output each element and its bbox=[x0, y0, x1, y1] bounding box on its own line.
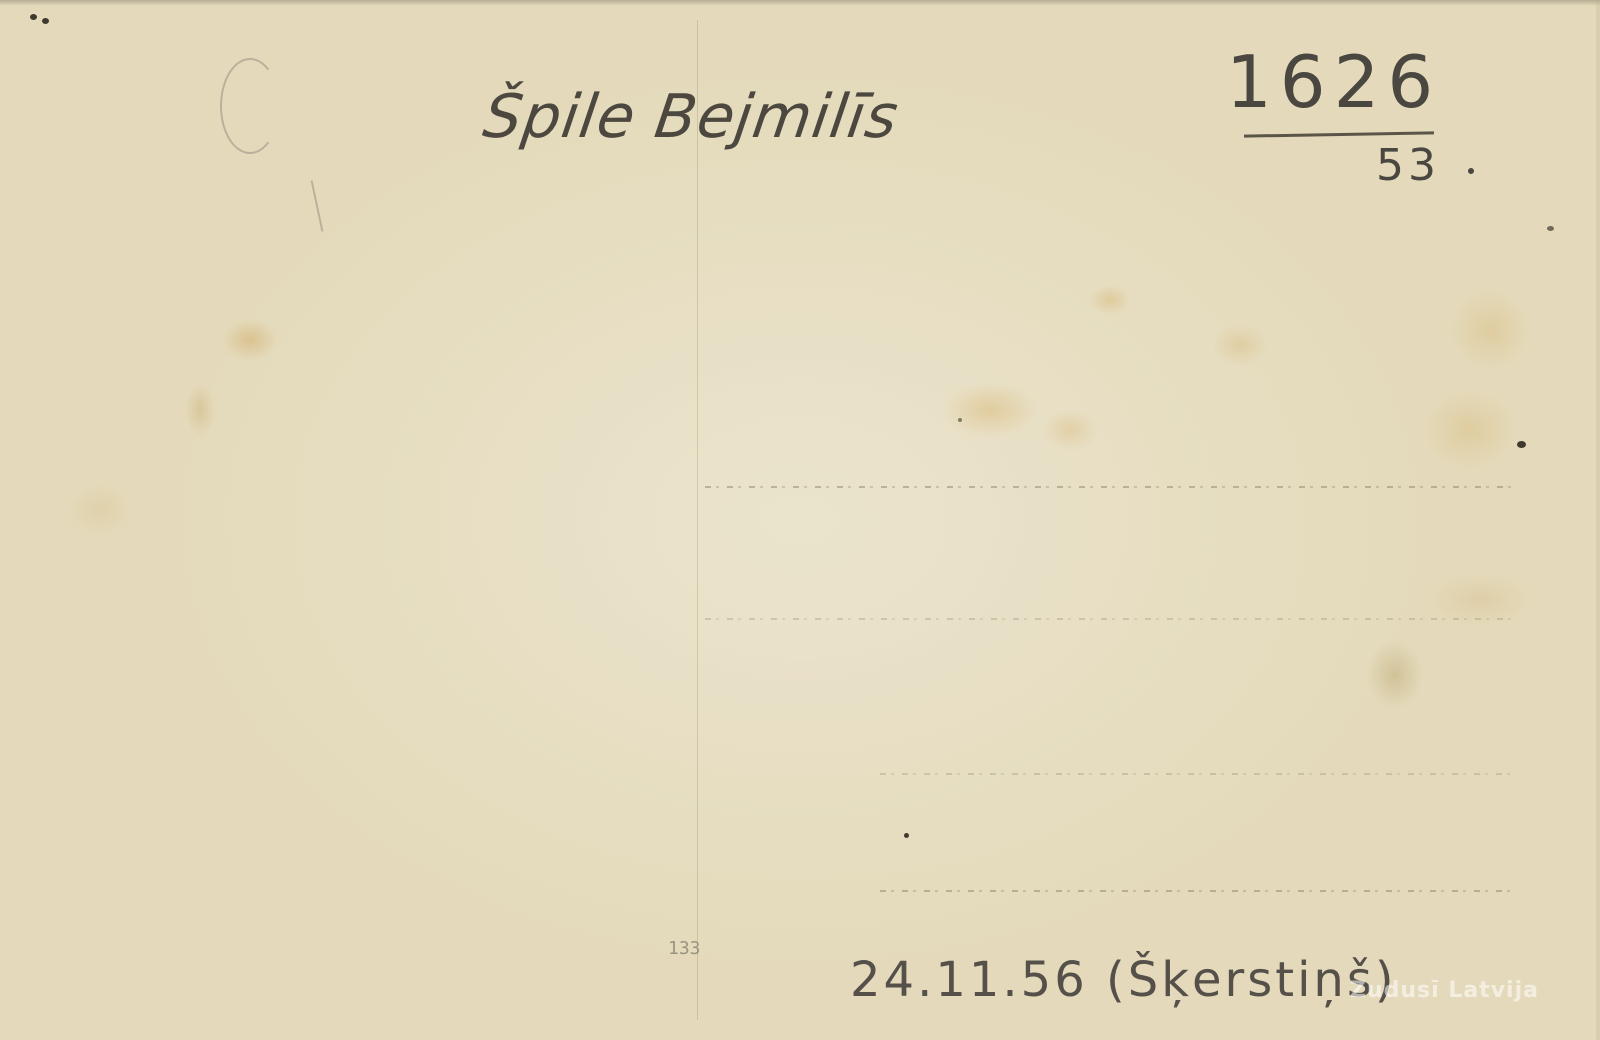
ink-dot bbox=[1468, 168, 1474, 174]
top-edge-shadow bbox=[0, 0, 1600, 6]
watermark: Zudusī Latvija bbox=[1350, 978, 1539, 1003]
stain-spot bbox=[1517, 441, 1526, 448]
handwritten-catalog-number: 1626 bbox=[1226, 40, 1441, 124]
catalog-fraction-line bbox=[1244, 131, 1434, 137]
stain-spot bbox=[904, 833, 909, 838]
address-line bbox=[705, 486, 1515, 488]
address-line bbox=[880, 890, 1510, 892]
center-divider-line bbox=[697, 20, 698, 1020]
printed-page-number: 133 bbox=[668, 938, 701, 959]
pencil-mark bbox=[311, 180, 324, 231]
postcard-back: Špile Bejmilīs 1626 53 133 24.11.56 (Šķe… bbox=[0, 0, 1600, 1040]
pencil-mark bbox=[220, 58, 280, 154]
handwritten-catalog-denominator: 53 bbox=[1376, 140, 1440, 191]
address-line bbox=[705, 618, 1515, 620]
stain-spot bbox=[42, 18, 49, 24]
stain-spot bbox=[30, 14, 37, 20]
stain-spot bbox=[958, 418, 962, 422]
handwritten-title: Špile Bejmilīs bbox=[479, 82, 903, 152]
stain-spot bbox=[1547, 226, 1554, 231]
handwritten-date-note: 24.11.56 (Šķerstiņš) bbox=[850, 952, 1397, 1008]
address-line bbox=[880, 773, 1510, 775]
